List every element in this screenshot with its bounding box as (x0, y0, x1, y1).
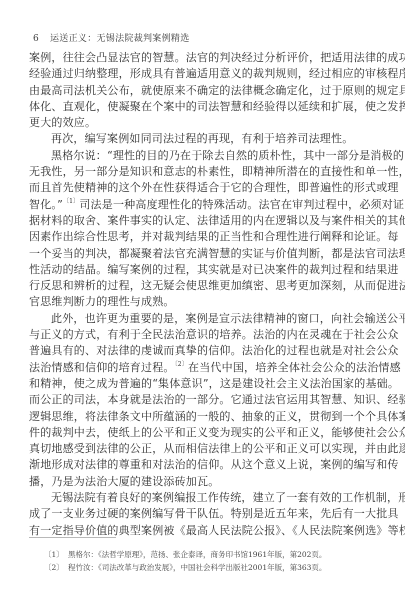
footnote-divider (29, 537, 116, 538)
text-line: 一个妥当的判决，都凝聚着法官充满智慧的实证与价值判断，都是法官司法理 (29, 246, 376, 262)
text-line: 逻辑思维，将法律条文中所蕴涵的一般的、抽象的正义，贯彻到一个个具体案 (29, 409, 376, 425)
body-text: 案例，往往会凸显法官的智慧。法官的判决经过分析评价，把适用法律的成功 经验通过归… (29, 50, 376, 539)
text-line: 普遍具有的、对法律的虔诚而真挚的信仰。法治化的过程也就是对社会公众 (29, 343, 376, 359)
running-header: 6运送正义：无锡法院裁判案例精选 (33, 31, 190, 44)
footnote-text: 黑格尔：《法哲学原理》，范扬、张企泰译，商务印书馆1961年版，第202页。 (68, 550, 326, 559)
text-line: 件的裁判中去，使纸上的公平和正义变为现实的公平和正义，能够使社会公众 (29, 425, 376, 441)
text-line: 和精神，使之成为普遍的“集体意识”，这是建设社会主义法治国家的基础。 (29, 376, 376, 392)
text-segment: 法治情感和信仰的培育过程。 (29, 361, 175, 374)
text-line: 而公正的司法，本身就是法治的一部分。它通过法官运用其智慧、知识、经验、 (29, 392, 376, 408)
footnote-ref-2[interactable]: 〔2〕 (175, 361, 188, 368)
text-line: 黑格尔说：“理性的目的乃在于除去自然的质朴性，其中一部分是消极的 (29, 148, 376, 164)
text-line: 无我性，另一部分是知识和意志的朴素性，即精神所潜在的直接性和单一性， (29, 164, 376, 180)
text-line: 播，乃是为法治大厦的建设添砖加瓦。 (29, 474, 376, 490)
footnote-2: 〔2〕程竹汝：《司法改革与政治发展》，中国社会科学出版社2001年版，第363页… (44, 561, 326, 574)
footnote-ref-1[interactable]: 〔1〕 (63, 198, 79, 205)
book-title: 运送正义：无锡法院裁判案例精选 (50, 34, 190, 44)
text-line: 案例，往往会凸显法官的智慧。法官的判决经过分析评价，把适用法律的成功 (29, 50, 376, 66)
text-line: 无锡法院有着良好的案例编报工作传统，建立了一套有效的工作机制，形 (29, 490, 376, 506)
text-line: 性活动的结晶。编写案例的过程，其实就是对已决案件的裁判过程和结果进 (29, 262, 376, 278)
text-line: 因素作出综合性思考，并对裁判结果的正当性和合理性进行阐释和论证。每 (29, 229, 376, 245)
text-segment: 在当代中国，培养全体社会公众的法治情感 (188, 361, 401, 374)
page-number: 6 (33, 34, 50, 44)
footnote-mark: 〔1〕 (44, 548, 68, 561)
text-line: 官思维判断力的理性与成熟。 (29, 294, 376, 310)
text-segment: 司法是一种高度理性化的特殊活动。法官在审判过程中，必须对证 (79, 198, 404, 211)
text-line: 此外，也许更为重要的是，案例是宣示法律精神的窗口，向社会输送公平 (29, 311, 376, 327)
text-line: 渐地形成对法律的尊重和对法治的信仰。从这个意义上说，案例的编写和传 (29, 457, 376, 473)
text-line: 由最高司法机关公布，就使原来不确定的法律概念确定化，过于原则的规定具 (29, 83, 376, 99)
text-line: 真切地感受到法律的公正，从而相信法律上的公平和正义可以实现，并由此逐 (29, 441, 376, 457)
text-line: 与正义的方式，有利于全民法治意识的培养。法治的内在灵魂在于社会公众 (29, 327, 376, 343)
text-line-with-ref: 法治情感和信仰的培育过程。〔2〕在当代中国，培养全体社会公众的法治情感 (29, 360, 376, 376)
text-line: 成了一支业务过硬的案例编写骨干队伍。特别是近五年来，先后有一大批具 (29, 506, 376, 522)
text-line: 行反思和辨析的过程，这无疑会使思维更加缜密、思考更加深刻，从而促进法 (29, 278, 376, 294)
footnote-text: 程竹汝：《司法改革与政治发展》，中国社会科学出版社2001年版，第363页。 (68, 563, 326, 572)
footnote-mark: 〔2〕 (44, 561, 68, 574)
text-line: 更大的效应。 (29, 115, 376, 131)
text-line: 体化、直观化，使凝聚在个案中的司法智慧和经验得以延续和扩展，使之发挥 (29, 99, 376, 115)
text-line: 而且首先使精神的这个外在性获得适合于它的合理性，即普遍性的形式或理 (29, 180, 376, 196)
text-line: 经验通过归纳整理，形成具有普遍适用意义的裁判规则，经过相应的审核程序 (29, 66, 376, 82)
paragraph-heading: 再次，编写案例如同司法过程的再现，有利于培养司法理性。 (29, 131, 376, 147)
text-line-with-ref: 智化。”〔1〕司法是一种高度理性化的特殊活动。法官在审判过程中，必须对证 (29, 197, 376, 213)
text-segment: 智化。” (29, 198, 63, 211)
footnote-1: 〔1〕黑格尔：《法哲学原理》，范扬、张企泰译，商务印书馆1961年版，第202页… (44, 548, 326, 561)
text-line: 据材料的取舍、案件事实的认定、法律适用的内在逻辑以及与案件相关的其他 (29, 213, 376, 229)
footnotes: 〔1〕黑格尔：《法哲学原理》，范扬、张企泰译，商务印书馆1961年版，第202页… (44, 548, 326, 574)
